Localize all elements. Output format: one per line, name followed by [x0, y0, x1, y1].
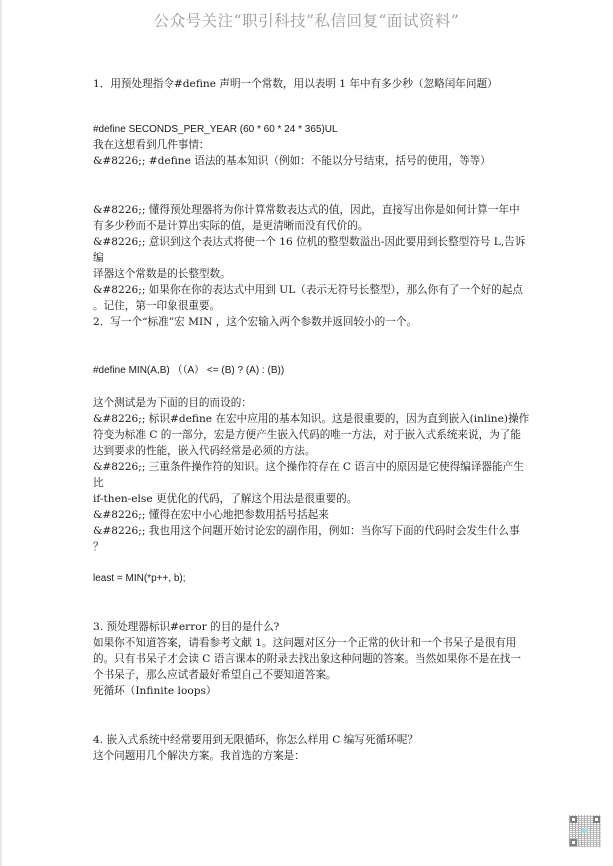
text-line: 4. 嵌入式系统中经常要用到无限循环，你怎么样用 C 编写死循环呢？ — [93, 733, 418, 747]
text-line: &#8226;; 懂得预处理器将为你计算常数表达式的值，因此，直接写出你是如何计… — [93, 203, 520, 217]
text-line: &#8226;; 我也用这个问题开始讨论宏的副作用，例如：当你写下面的代码时会发… — [93, 524, 520, 538]
text-line: 死循环（Infinite loops） — [93, 684, 217, 698]
watermark-header: 公众号关注“职引科技”私信回复“面试资料” — [0, 9, 613, 31]
text-line: 。记住，第一印象很重要。 — [93, 299, 220, 313]
qr-finder-icon — [570, 816, 577, 823]
text-line: 3. 预处理器标识#error 的目的是什么? — [93, 620, 279, 634]
qr-code-icon — [569, 815, 601, 847]
text-line: 这个问题用几个解决方案。我首选的方案是： — [93, 749, 305, 763]
code-line: #define MIN(A,B) （（A） <= (B) ? (A) : (B)… — [93, 364, 284, 378]
code-line: least = MIN(*p++, b); — [93, 572, 186, 586]
text-line: 符变为标准 C 的一部分，宏是方便产生嵌入代码的唯一方法，对于嵌入式系统来说，为… — [93, 428, 521, 442]
text-line: 这个测试是为下面的目的而设的： — [93, 396, 252, 410]
text-line: &#8226;; 如果你在你的表达式中用到 UL（表示无符号长整型），那么你有了… — [93, 283, 523, 297]
text-line: 编 — [93, 251, 104, 265]
text-line: 比 — [93, 476, 104, 490]
text-line: 个书呆子，那么应试者最好希望自己不要知道答案。 — [93, 668, 337, 682]
text-line: &#8226;; 懂得在宏中小心地把参数用括号括起来 — [93, 508, 329, 522]
page-left-border — [0, 0, 2, 866]
text-line: 2．写一个“标准”宏 MIN ，这个宏输入两个参数并返回较小的一个。 — [93, 315, 417, 329]
text-line: 1．用预处理指令#define 声明一个常数，用以表明 1 年中有多少秒（忽略闰… — [93, 77, 498, 91]
text-line: 如果你不知道答案，请看参考文献 1。这问题对区分一个正常的伙计和一个书呆子是很有… — [93, 636, 516, 650]
text-line: if-then-else 更优化的代码，了解这个用法是很重要的。 — [93, 492, 357, 506]
text-line: 译器这个常数是的长整型数。 — [93, 267, 231, 281]
text-line: &#8226;; 三重条件操作符的知识。这个操作符存在 C 语言中的原因是它使得… — [93, 460, 524, 474]
qr-finder-icon — [570, 839, 577, 846]
text-line: &#8226;; #define 语法的基本知识（例如：不能以分号结束，括号的使… — [93, 154, 491, 168]
text-line: 有多少秒而不是计算出实际的值，是更清晰而没有代价的。 — [93, 219, 368, 233]
qr-logo-icon — [582, 828, 588, 833]
code-line: #define SECONDS_PER_YEAR (60 * 60 * 24 *… — [93, 123, 338, 137]
text-line: 我在这想看到几件事情： — [93, 138, 210, 152]
text-line: ？ — [93, 540, 104, 554]
qr-finder-icon — [593, 816, 600, 823]
text-line: &#8226;; 意识到这个表达式将使一个 16 位机的整型数溢出-因此要用到长… — [93, 235, 525, 249]
text-line: 的。只有书呆子才会读 C 语言课本的附录去找出象这种问题的答案。当然如果你不是在… — [93, 652, 521, 666]
text-line: &#8226;; 标识#define 在宏中应用的基本知识。这是很重要的，因为直… — [93, 412, 529, 426]
text-line: 达到要求的性能，嵌入代码经常是必须的方法。 — [93, 444, 315, 458]
